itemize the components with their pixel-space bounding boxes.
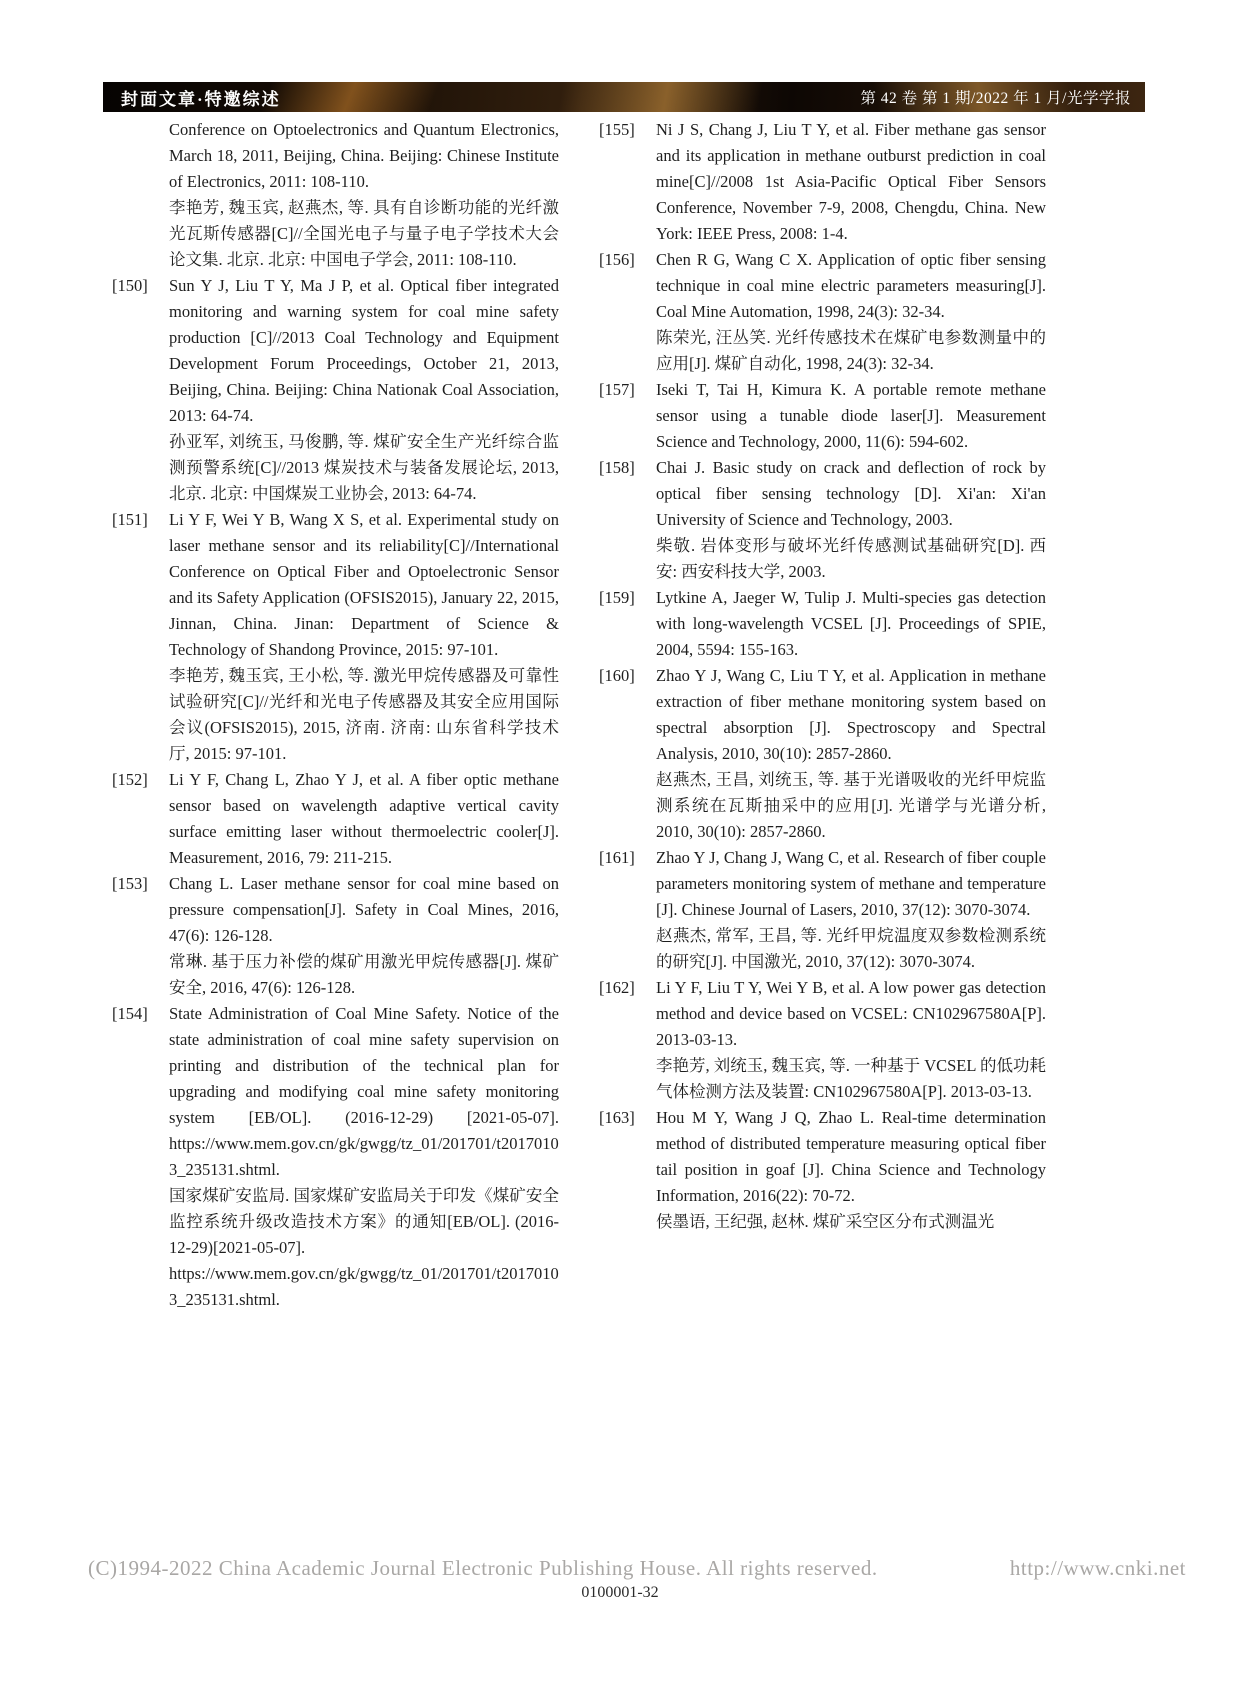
reference-text-zh: 侯墨语, 王纪强, 赵林. 煤矿采空区分布式测温光 [656, 1209, 1046, 1235]
reference-text-en: Chai J. Basic study on crack and deflect… [656, 455, 1046, 533]
reference-label: [153] [112, 871, 169, 1001]
reference-text-en: Chen R G, Wang C X. Application of optic… [656, 247, 1046, 325]
reference-text-zh: 孙亚军, 刘统玉, 马俊鹏, 等. 煤矿安全生产光纤综合监测预警系统[C]//2… [169, 429, 559, 507]
reference-text-en: State Administration of Coal Mine Safety… [169, 1001, 559, 1183]
reference-entry-152: [152] Li Y F, Chang L, Zhao Y J, et al. … [112, 767, 559, 871]
reference-entry-153: [153] Chang L. Laser methane sensor for … [112, 871, 559, 1001]
reference-text-zh: 柴敬. 岩体变形与破坏光纤传感测试基础研究[D]. 西安: 西安科技大学, 20… [656, 533, 1046, 585]
reference-entry-151: [151] Li Y F, Wei Y B, Wang X S, et al. … [112, 507, 559, 767]
reference-label: [152] [112, 767, 169, 871]
reference-text-en: Iseki T, Tai H, Kimura K. A portable rem… [656, 377, 1046, 455]
reference-label [112, 117, 169, 273]
reference-entry-154: [154] State Administration of Coal Mine … [112, 1001, 559, 1313]
reference-entry-149-continuation: Conference on Optoelectronics and Quantu… [112, 117, 559, 273]
references-column-left: Conference on Optoelectronics and Quantu… [112, 117, 559, 1313]
footer-copyright-line: (C)1994-2022 China Academic Journal Elec… [88, 1556, 1186, 1581]
reference-entry-160: [160] Zhao Y J, Wang C, Liu T Y, et al. … [599, 663, 1046, 845]
reference-entry-158: [158] Chai J. Basic study on crack and d… [599, 455, 1046, 585]
reference-text-en: Zhao Y J, Chang J, Wang C, et al. Resear… [656, 845, 1046, 923]
journal-page: 封面文章·特邀综述 第 42 卷 第 1 期/2022 年 1 月/光学学报 C… [0, 0, 1240, 1683]
reference-label: [163] [599, 1105, 656, 1235]
footer-url: http://www.cnki.net [1010, 1556, 1186, 1581]
reference-text-zh: 国家煤矿安监局. 国家煤矿安监局关于印发《煤矿安全监控系统升级改造技术方案》的通… [169, 1183, 559, 1313]
reference-text-en: Lytkine A, Jaeger W, Tulip J. Multi-spec… [656, 585, 1046, 663]
reference-entry-159: [159] Lytkine A, Jaeger W, Tulip J. Mult… [599, 585, 1046, 663]
reference-label: [157] [599, 377, 656, 455]
reference-entry-161: [161] Zhao Y J, Chang J, Wang C, et al. … [599, 845, 1046, 975]
reference-label: [155] [599, 117, 656, 247]
reference-text-zh: 陈荣光, 汪丛笑. 光纤传感技术在煤矿电参数测量中的应用[J]. 煤矿自动化, … [656, 325, 1046, 377]
reference-label: [151] [112, 507, 169, 767]
reference-text-zh: 李艳芳, 刘统玉, 魏玉宾, 等. 一种基于 VCSEL 的低功耗气体检测方法及… [656, 1053, 1046, 1105]
reference-text-zh: 李艳芳, 魏玉宾, 赵燕杰, 等. 具有自诊断功能的光纤激光瓦斯传感器[C]//… [169, 195, 559, 273]
reference-label: [154] [112, 1001, 169, 1313]
reference-entry-155: [155] Ni J S, Chang J, Liu T Y, et al. F… [599, 117, 1046, 247]
page-header-bar: 封面文章·特邀综述 第 42 卷 第 1 期/2022 年 1 月/光学学报 [103, 82, 1145, 112]
reference-entry-162: [162] Li Y F, Liu T Y, Wei Y B, et al. A… [599, 975, 1046, 1105]
reference-label: [160] [599, 663, 656, 845]
reference-entry-156: [156] Chen R G, Wang C X. Application of… [599, 247, 1046, 377]
reference-text-zh: 常琳. 基于压力补偿的煤矿用激光甲烷传感器[J]. 煤矿安全, 2016, 47… [169, 949, 559, 1001]
reference-text-en: Conference on Optoelectronics and Quantu… [169, 117, 559, 195]
reference-text-zh: 赵燕杰, 王昌, 刘统玉, 等. 基于光谱吸收的光纤甲烷监测系统在瓦斯抽采中的应… [656, 767, 1046, 845]
header-section-title: 封面文章·特邀综述 [121, 85, 281, 110]
reference-text-en: Zhao Y J, Wang C, Liu T Y, et al. Applic… [656, 663, 1046, 767]
footer-copyright: (C)1994-2022 China Academic Journal Elec… [88, 1556, 878, 1581]
reference-entry-150: [150] Sun Y J, Liu T Y, Ma J P, et al. O… [112, 273, 559, 507]
reference-label: [162] [599, 975, 656, 1105]
reference-text-zh: 李艳芳, 魏玉宾, 王小松, 等. 激光甲烷传感器及可靠性试验研究[C]//光纤… [169, 663, 559, 767]
header-journal-issue: 第 42 卷 第 1 期/2022 年 1 月/光学学报 [860, 86, 1131, 108]
reference-label: [156] [599, 247, 656, 377]
reference-label: [161] [599, 845, 656, 975]
reference-entry-157: [157] Iseki T, Tai H, Kimura K. A portab… [599, 377, 1046, 455]
reference-text-en: Hou M Y, Wang J Q, Zhao L. Real-time det… [656, 1105, 1046, 1209]
reference-label: [150] [112, 273, 169, 507]
reference-text-en: Li Y F, Liu T Y, Wei Y B, et al. A low p… [656, 975, 1046, 1053]
reference-text-en: Li Y F, Wei Y B, Wang X S, et al. Experi… [169, 507, 559, 663]
reference-text-en: Sun Y J, Liu T Y, Ma J P, et al. Optical… [169, 273, 559, 429]
references-column-right: [155] Ni J S, Chang J, Liu T Y, et al. F… [599, 117, 1046, 1235]
reference-text-zh: 赵燕杰, 常军, 王昌, 等. 光纤甲烷温度双参数检测系统的研究[J]. 中国激… [656, 923, 1046, 975]
reference-entry-163: [163] Hou M Y, Wang J Q, Zhao L. Real-ti… [599, 1105, 1046, 1235]
reference-label: [158] [599, 455, 656, 585]
reference-text-en: Li Y F, Chang L, Zhao Y J, et al. A fibe… [169, 767, 559, 871]
reference-text-en: Chang L. Laser methane sensor for coal m… [169, 871, 559, 949]
page-number: 0100001-32 [0, 1584, 1240, 1602]
reference-text-en: Ni J S, Chang J, Liu T Y, et al. Fiber m… [656, 117, 1046, 247]
reference-label: [159] [599, 585, 656, 663]
